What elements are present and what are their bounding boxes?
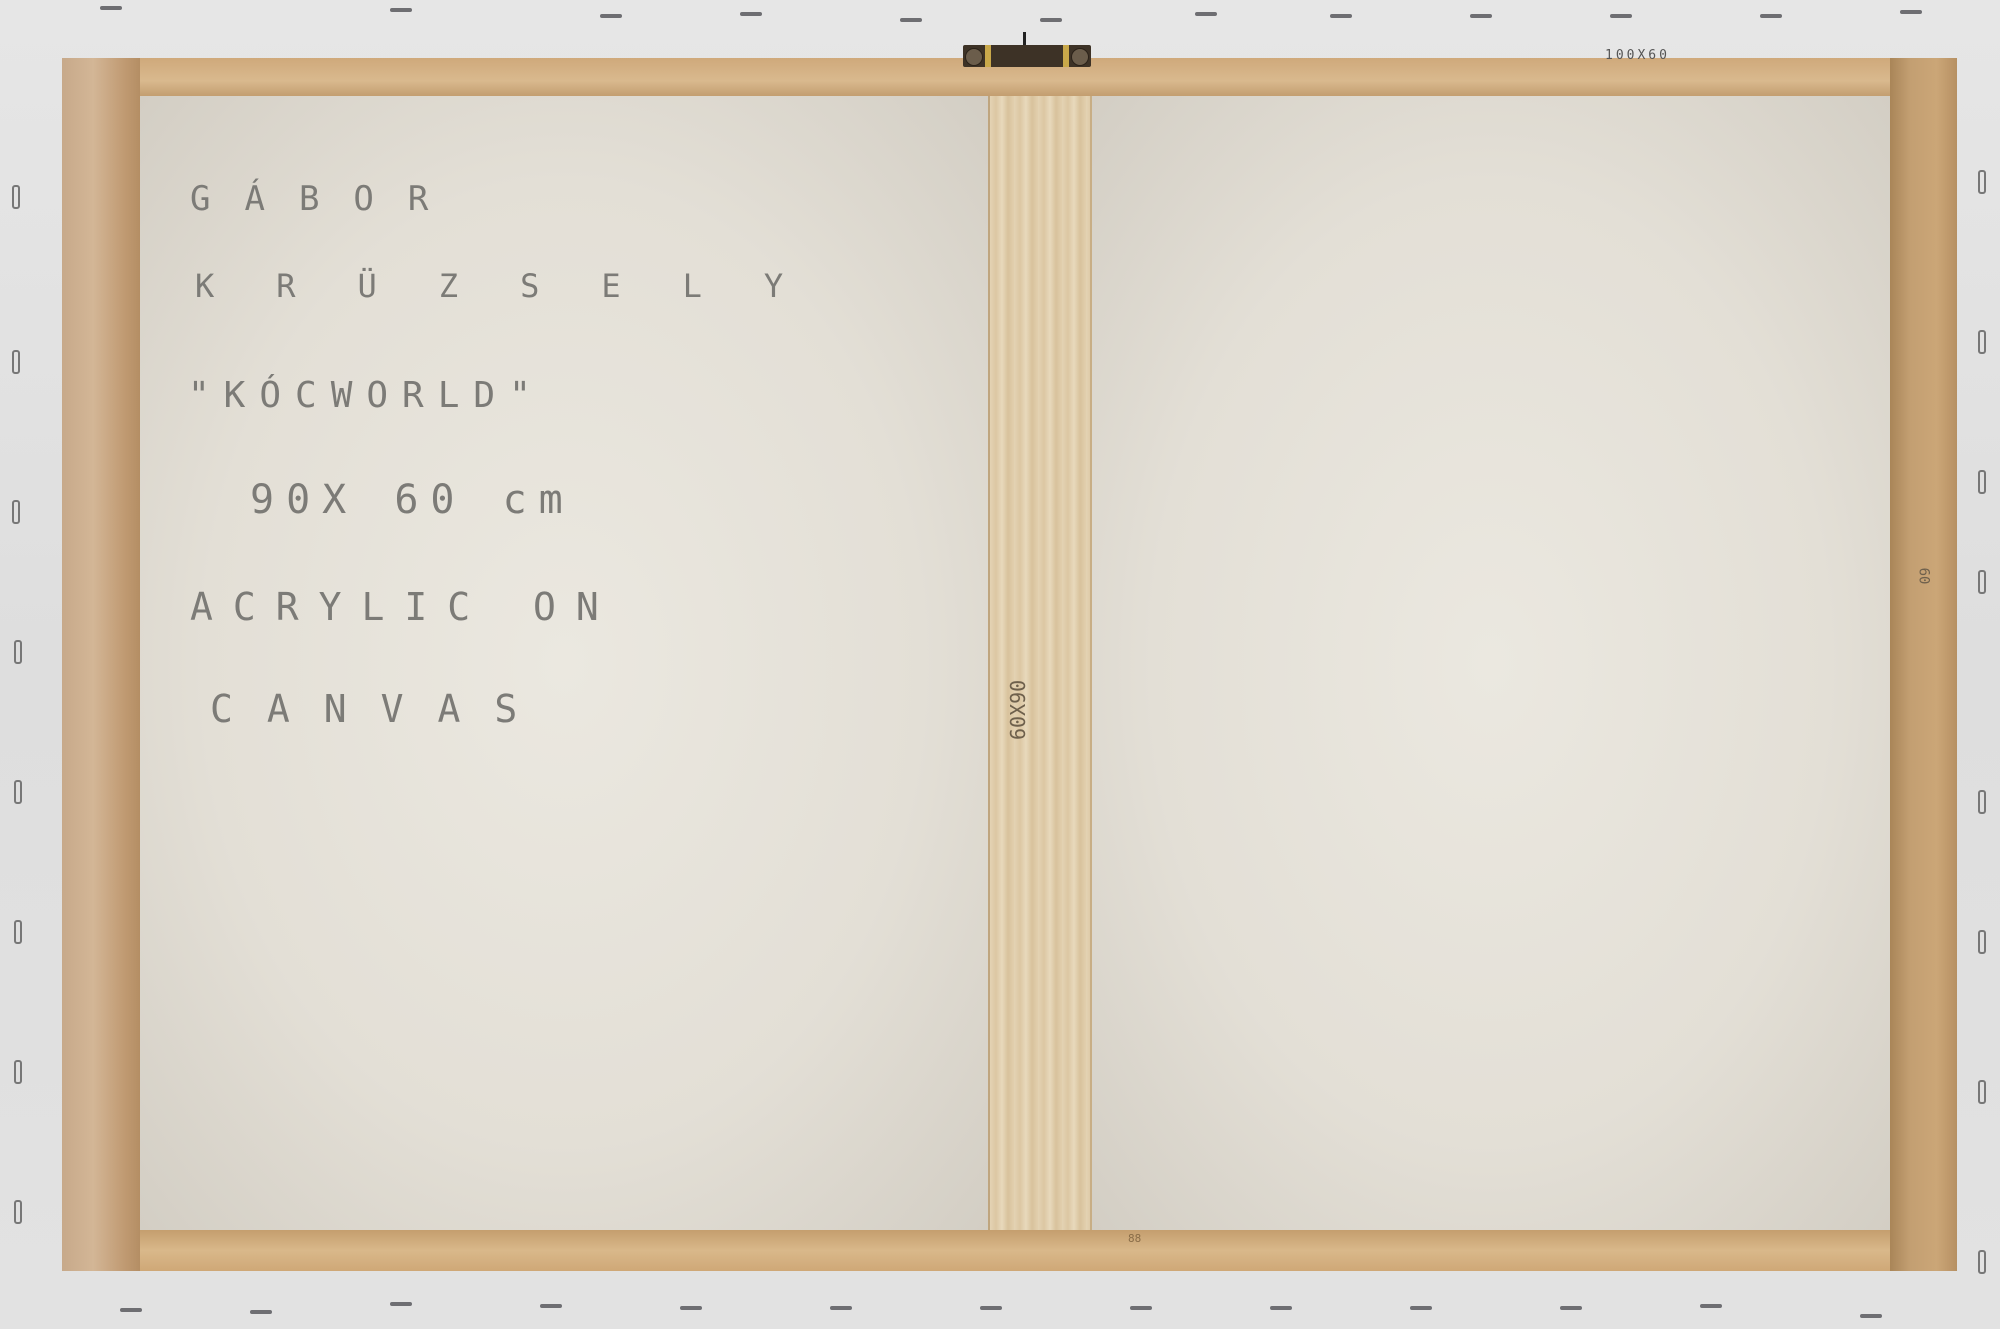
staple	[1410, 1306, 1432, 1310]
staple	[830, 1306, 852, 1310]
staple	[1330, 14, 1352, 18]
hanger-bracket	[985, 45, 991, 67]
staple	[1700, 1304, 1722, 1308]
staple	[680, 1306, 702, 1310]
staple	[1978, 1080, 1986, 1104]
staple	[12, 350, 20, 374]
sawtooth-hanger-icon	[963, 45, 1091, 67]
staple	[1760, 14, 1782, 18]
artwork-medium-line1: ACRYLIC ON	[190, 588, 619, 626]
staple	[390, 8, 412, 12]
staple	[540, 1304, 562, 1308]
artwork-title: "KÓCWORLD"	[188, 378, 545, 414]
screw-icon	[1071, 48, 1089, 66]
staple	[1860, 1314, 1882, 1318]
staple	[12, 185, 20, 209]
crossbar-size-mark: 60X90	[1006, 680, 1030, 740]
hanger-bracket	[1063, 45, 1069, 67]
bottom-rail-mark: 88	[1128, 1232, 1141, 1245]
staple	[1270, 1306, 1292, 1310]
staple	[1978, 470, 1986, 494]
staple	[14, 640, 22, 664]
hanger-nail	[1023, 32, 1026, 46]
staple	[980, 1306, 1002, 1310]
staple	[390, 1302, 412, 1306]
canvas-back-right-panel	[1092, 96, 1890, 1230]
staple	[1978, 790, 1986, 814]
staple	[1040, 18, 1062, 22]
staple	[14, 1200, 22, 1224]
frame-size-mark-top: 100X60	[1605, 48, 1670, 63]
frame-rail-right	[1890, 58, 1957, 1271]
center-crossbar	[988, 96, 1092, 1230]
staple	[740, 12, 762, 16]
staple	[1610, 14, 1632, 18]
staple	[12, 500, 20, 524]
staple	[1470, 14, 1492, 18]
staple	[1900, 10, 1922, 14]
staple	[14, 920, 22, 944]
staple	[1130, 1306, 1152, 1310]
artist-last-name: KRÜZSELY	[195, 270, 845, 302]
staple	[120, 1308, 142, 1312]
staple	[900, 18, 922, 22]
staple	[100, 6, 122, 10]
artwork-dimensions: 90X 60 cm	[250, 480, 575, 520]
staple	[1978, 570, 1986, 594]
right-rail-mark: 60	[1915, 568, 1931, 585]
staple	[14, 780, 22, 804]
staple	[1195, 12, 1217, 16]
artwork-medium-line2: CANVAS	[210, 690, 551, 728]
artist-first-name: GÁBOR	[190, 182, 462, 216]
staple	[600, 14, 622, 18]
frame-rail-left	[62, 58, 140, 1271]
staple	[1978, 330, 1986, 354]
staple	[1560, 1306, 1582, 1310]
staple	[1978, 170, 1986, 194]
staple	[14, 1060, 22, 1084]
screw-icon	[965, 48, 983, 66]
staple	[1978, 930, 1986, 954]
staple	[1978, 1250, 1986, 1274]
staple	[250, 1310, 272, 1314]
frame-rail-bottom	[62, 1230, 1957, 1271]
